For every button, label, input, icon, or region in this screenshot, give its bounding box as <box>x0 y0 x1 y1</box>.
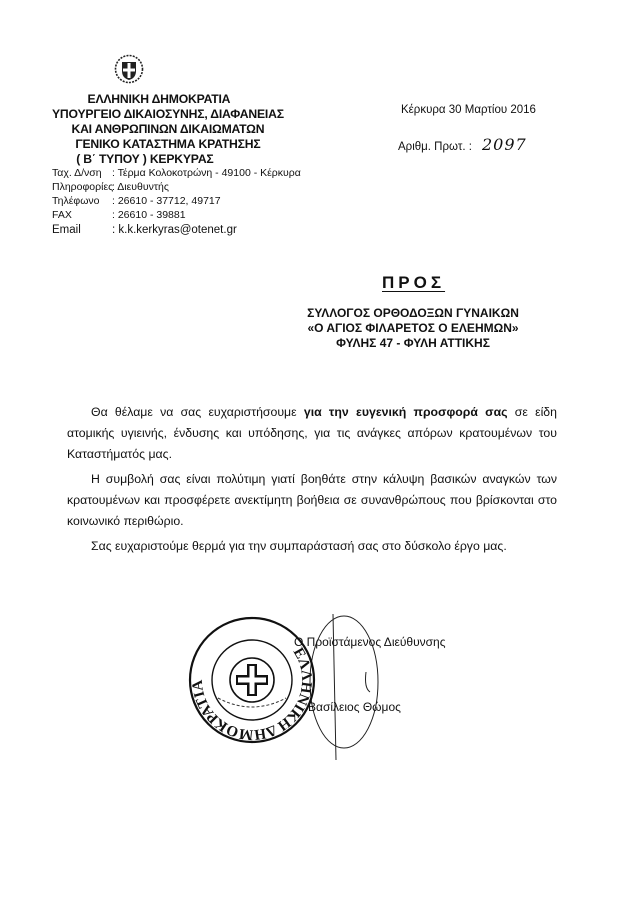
protocol-number: Αριθμ. Πρωτ. : 2097 <box>398 135 527 154</box>
letterhead-line: ΥΠΟΥΡΓΕΙΟ ΔΙΚΑΙΟΣΥΝΗΣ, ΔΙΑΦΑΝΕΙΑΣ <box>52 107 284 122</box>
contact-row-fax: FAX : 26610 - 39881 <box>52 208 301 222</box>
signatory-title: Ο Προϊστάμενος Διεύθυνσης <box>294 635 446 649</box>
signatory-name: Βασίλειος Θώμος <box>308 700 401 714</box>
contact-details: Ταχ. Δ/νση : Τέρμα Κολοκοτρώνη - 49100 -… <box>52 166 301 238</box>
contact-row-email: Email : k.k.kerkyras@otenet.gr <box>52 222 301 238</box>
official-stamp: ΕΛΛΗΝΙΚΗ ΔΗΜΟΚΡΑΤΙΑ <box>188 616 316 744</box>
addressee-block: ΣΥΛΛΟΓΟΣ ΟΡΘΟΔΟΞΩΝ ΓΥΝΑΙΚΩΝ «Ο ΑΓΙΟΣ ΦΙΛ… <box>268 306 558 351</box>
addressee-line: ΣΥΛΛΟΓΟΣ ΟΡΘΟΔΟΞΩΝ ΓΥΝΑΙΚΩΝ <box>268 306 558 321</box>
emphasis-text: για την ευγενική προσφορά σας <box>304 405 508 419</box>
letterhead-line: ( Β΄ ΤΥΠΟΥ ) ΚΕΡΚΥΡΑΣ <box>6 152 284 167</box>
letter-date: Κέρκυρα 30 Μαρτίου 2016 <box>401 104 536 116</box>
protocol-label: Αριθμ. Πρωτ. : <box>398 141 472 153</box>
greek-state-emblem-icon <box>114 54 144 84</box>
letterhead-line: ΚΑΙ ΑΝΘΡΩΠΙΝΩΝ ΔΙΚΑΙΩΜΑΤΩΝ <box>52 122 284 137</box>
addressee-line: ΦΥΛΗΣ 47 - ΦΥΛΗ ΑΤΤΙΚΗΣ <box>268 336 558 351</box>
letterhead: ΕΛΛΗΝΙΚΗ ΔΗΜΟΚΡΑΤΙΑ ΥΠΟΥΡΓΕΙΟ ΔΙΚΑΙΟΣΥΝΗ… <box>52 92 284 167</box>
letterhead-line: ΕΛΛΗΝΙΚΗ ΔΗΜΟΚΡΑΤΙΑ <box>34 92 284 107</box>
contact-row-info: Πληροφορίες : Διευθυντής <box>52 180 301 194</box>
contact-row-phone: Τηλέφωνο : 26610 - 37712, 49717 <box>52 194 301 208</box>
paragraph-2: Η συμβολή σας είναι πολύτιμη γιατί βοηθά… <box>67 469 557 532</box>
protocol-handwritten-number: 2097 <box>482 135 527 154</box>
letter-body: Θα θέλαμε να σας ευχαριστήσουμε για την … <box>67 402 557 561</box>
letterhead-line: ΓΕΝΙΚΟ ΚΑΤΑΣΤΗΜΑ ΚΡΑΤΗΣΗΣ <box>52 137 284 152</box>
contact-row-address: Ταχ. Δ/νση : Τέρμα Κολοκοτρώνη - 49100 -… <box>52 166 301 180</box>
paragraph-3: Σας ευχαριστούμε θερμά για την συμπαράστ… <box>67 536 557 557</box>
addressee-line: «Ο ΑΓΙΟΣ ΦΙΛΑΡΕΤΟΣ Ο ΕΛΕΗΜΩΝ» <box>268 321 558 336</box>
paragraph-1: Θα θέλαμε να σας ευχαριστήσουμε για την … <box>67 402 557 465</box>
email-link[interactable]: : k.k.kerkyras@otenet.gr <box>112 222 237 238</box>
addressee-heading: ΠΡΟΣ <box>382 273 445 293</box>
